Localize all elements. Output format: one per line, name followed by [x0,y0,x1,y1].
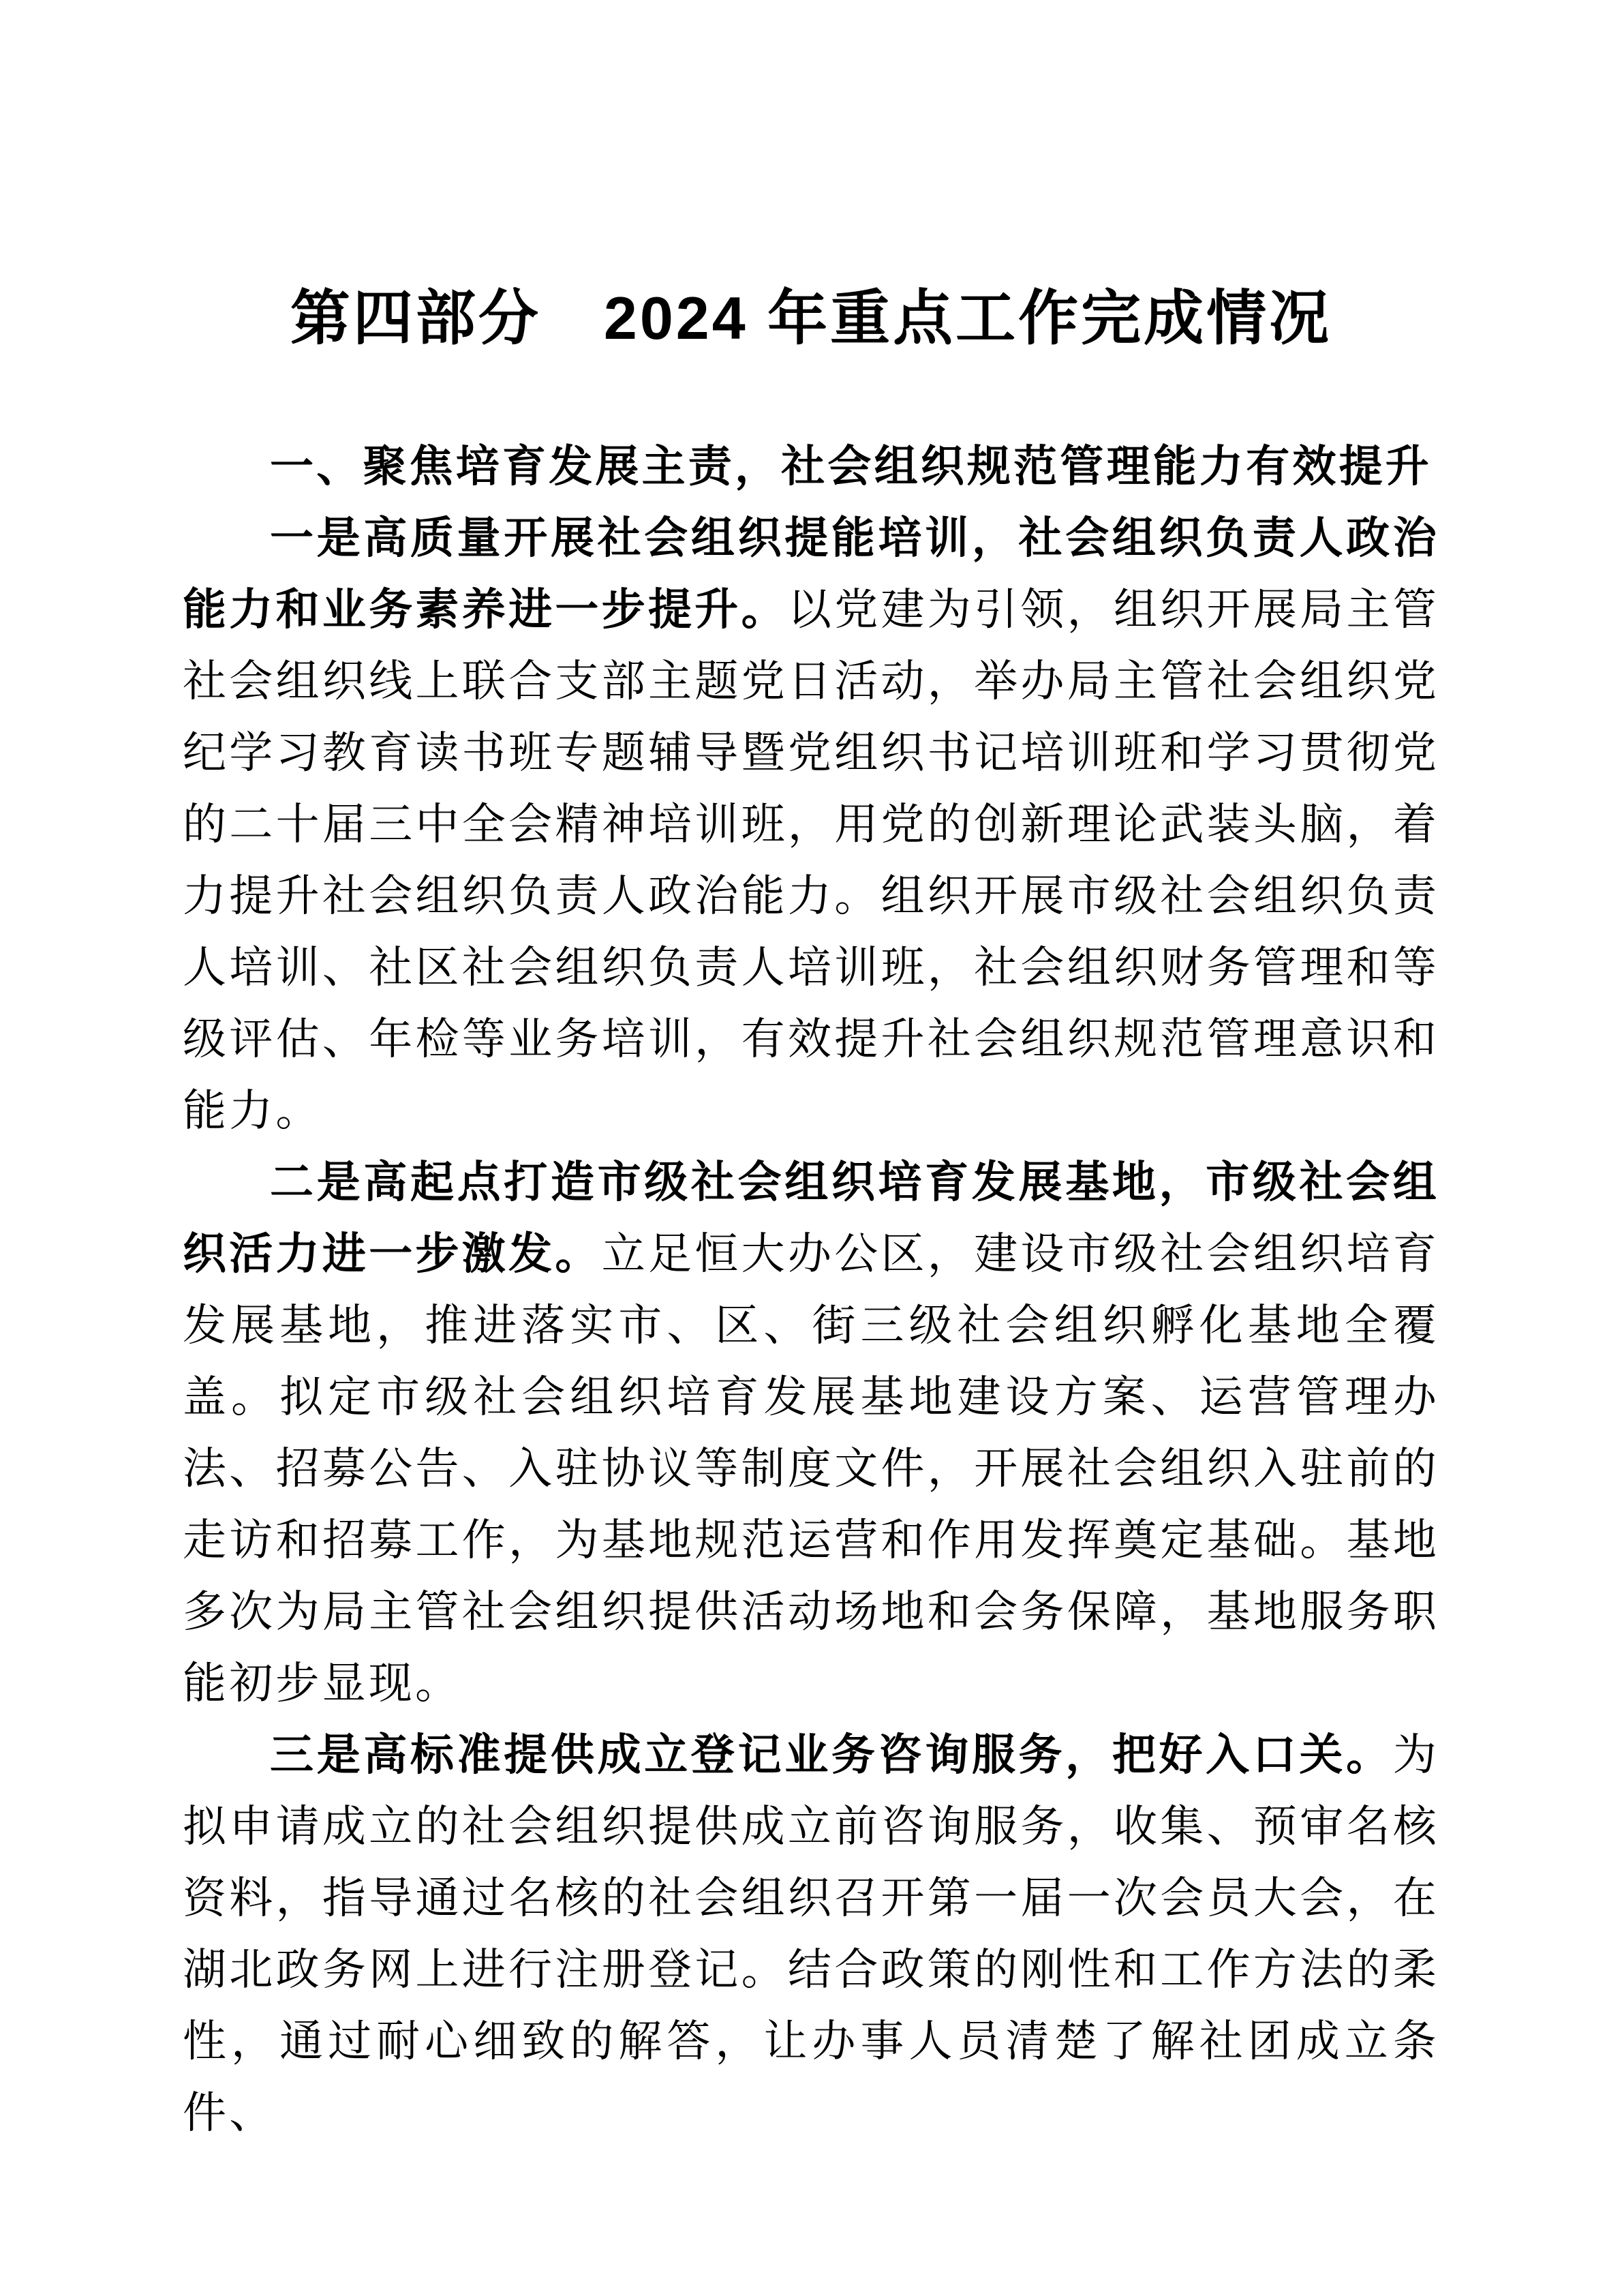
paragraph: 一是高质量开展社会组织提能培训，社会组织负责人政治能力和业务素养进一步提升。以党… [183,502,1439,1147]
text-run-bold: 三是高标准提供成立登记业务咨询服务，把好入口关。 [270,1731,1393,1779]
text-run: 为拟申请成立的社会组织提供成立前咨询服务，收集、预审名核资料，指导通过名核的社会… [183,1731,1439,2137]
document-page: 第四部分 2024 年重点工作完成情况 一、聚焦培育发展主责，社会组织规范管理能… [0,0,1622,2296]
paragraph: 一、聚焦培育发展主责，社会组织规范管理能力有效提升 [183,431,1439,502]
text-run: 以党建为引领，组织开展局主管社会组织线上联合支部主题党日活动，举办局主管社会组织… [183,586,1439,1135]
text-run: 立足恒大办公区，建设市级社会组织培育发展基地，推进落实市、区、街三级社会组织孵化… [183,1230,1439,1708]
paragraph: 三是高标准提供成立登记业务咨询服务，把好入口关。为拟申请成立的社会组织提供成立前… [183,1719,1439,2149]
document-body: 一、聚焦培育发展主责，社会组织规范管理能力有效提升一是高质量开展社会组织提能培训… [183,431,1439,2149]
paragraph: 二是高起点打造市级社会组织培育发展基地，市级社会组织活力进一步激发。立足恒大办公… [183,1147,1439,1719]
text-run-bold: 一、聚焦培育发展主责，社会组织规范管理能力有效提升 [270,442,1432,491]
document-title: 第四部分 2024 年重点工作完成情况 [183,277,1439,359]
